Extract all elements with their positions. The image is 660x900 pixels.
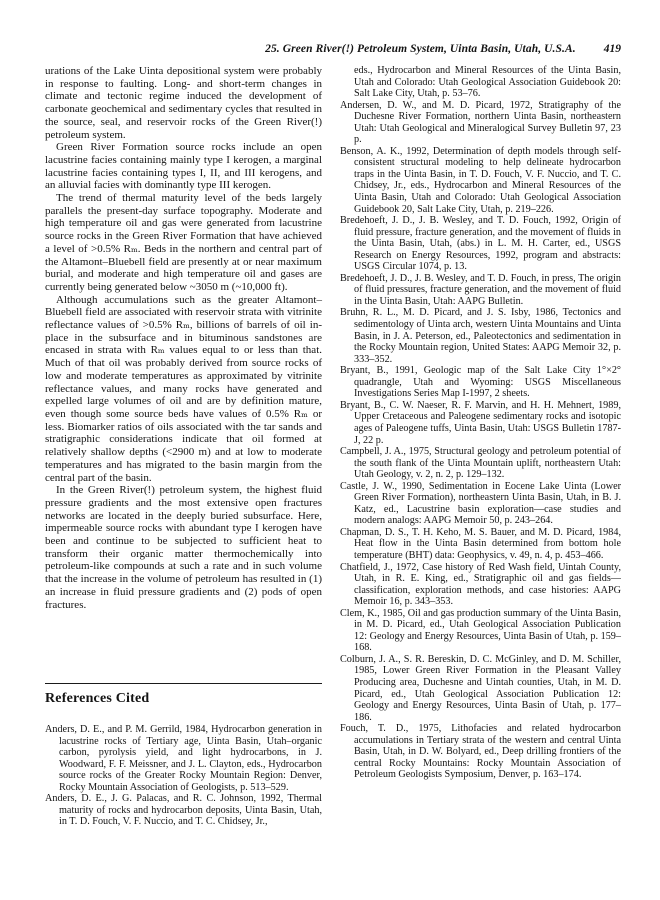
reference-entry: Clem, K., 1985, Oil and gas production s… — [340, 608, 621, 654]
reference-entry: Chapman, D. S., T. H. Keho, M. S. Bauer,… — [340, 527, 621, 562]
reference-entry: Anders, D. E., J. G. Palacas, and R. C. … — [45, 793, 322, 828]
page-number: 419 — [604, 43, 621, 55]
body-paragraph: urations of the Lake Uinta depositional … — [45, 65, 322, 141]
running-title: 25. Green River(!) Petroleum System, Uin… — [265, 43, 576, 55]
references-section: References Cited Anders, D. E., and P. M… — [45, 683, 322, 828]
body-paragraph: The trend of thermal maturity level of t… — [45, 192, 322, 294]
body-paragraph: Green River Formation source rocks inclu… — [45, 141, 322, 192]
running-head: 25. Green River(!) Petroleum System, Uin… — [45, 43, 621, 55]
reference-entry: Colburn, J. A., S. R. Bereskin, D. C. Mc… — [340, 654, 621, 723]
right-column: eds., Hydrocarbon and Mineral Resources … — [340, 65, 621, 781]
body-paragraph: Although accumulations such as the great… — [45, 294, 322, 485]
references-heading: References Cited — [45, 691, 322, 707]
left-column: urations of the Lake Uinta depositional … — [45, 65, 322, 611]
reference-entry: Campbell, J. A., 1975, Structural geolog… — [340, 446, 621, 481]
reference-entry: Anders, D. E., and P. M. Gerrild, 1984, … — [45, 724, 322, 793]
reference-entry: Castle, J. W., 1990, Sedimentation in Eo… — [340, 481, 621, 527]
body-paragraph: In the Green River(!) petroleum system, … — [45, 484, 322, 611]
reference-entry: Chatfield, J., 1972, Case history of Red… — [340, 562, 621, 608]
body-paragraphs: urations of the Lake Uinta depositional … — [45, 65, 322, 611]
reference-entry: Bryant, B., 1991, Geologic map of the Sa… — [340, 365, 621, 400]
reference-entry: Andersen, D. W., and M. D. Picard, 1972,… — [340, 100, 621, 146]
reference-entry: Bredehoeft, J. D., J. B. Wesley, and T. … — [340, 215, 621, 273]
references-right-list: Andersen, D. W., and M. D. Picard, 1972,… — [340, 100, 621, 781]
references-left-list: Anders, D. E., and P. M. Gerrild, 1984, … — [45, 724, 322, 828]
reference-entry: Bredehoeft, J. D., J. B. Wesley, and T. … — [340, 273, 621, 308]
reference-continuation: eds., Hydrocarbon and Mineral Resources … — [340, 65, 621, 100]
section-divider — [45, 683, 322, 684]
reference-entry: Bruhn, R. L., M. D. Picard, and J. S. Is… — [340, 307, 621, 365]
reference-entry: Bryant, B., C. W. Naeser, R. F. Marvin, … — [340, 400, 621, 446]
reference-entry: Benson, A. K., 1992, Determination of de… — [340, 146, 621, 215]
reference-entry: Fouch, T. D., 1975, Lithofacies and rela… — [340, 723, 621, 781]
paper-page: 25. Green River(!) Petroleum System, Uin… — [0, 0, 660, 900]
